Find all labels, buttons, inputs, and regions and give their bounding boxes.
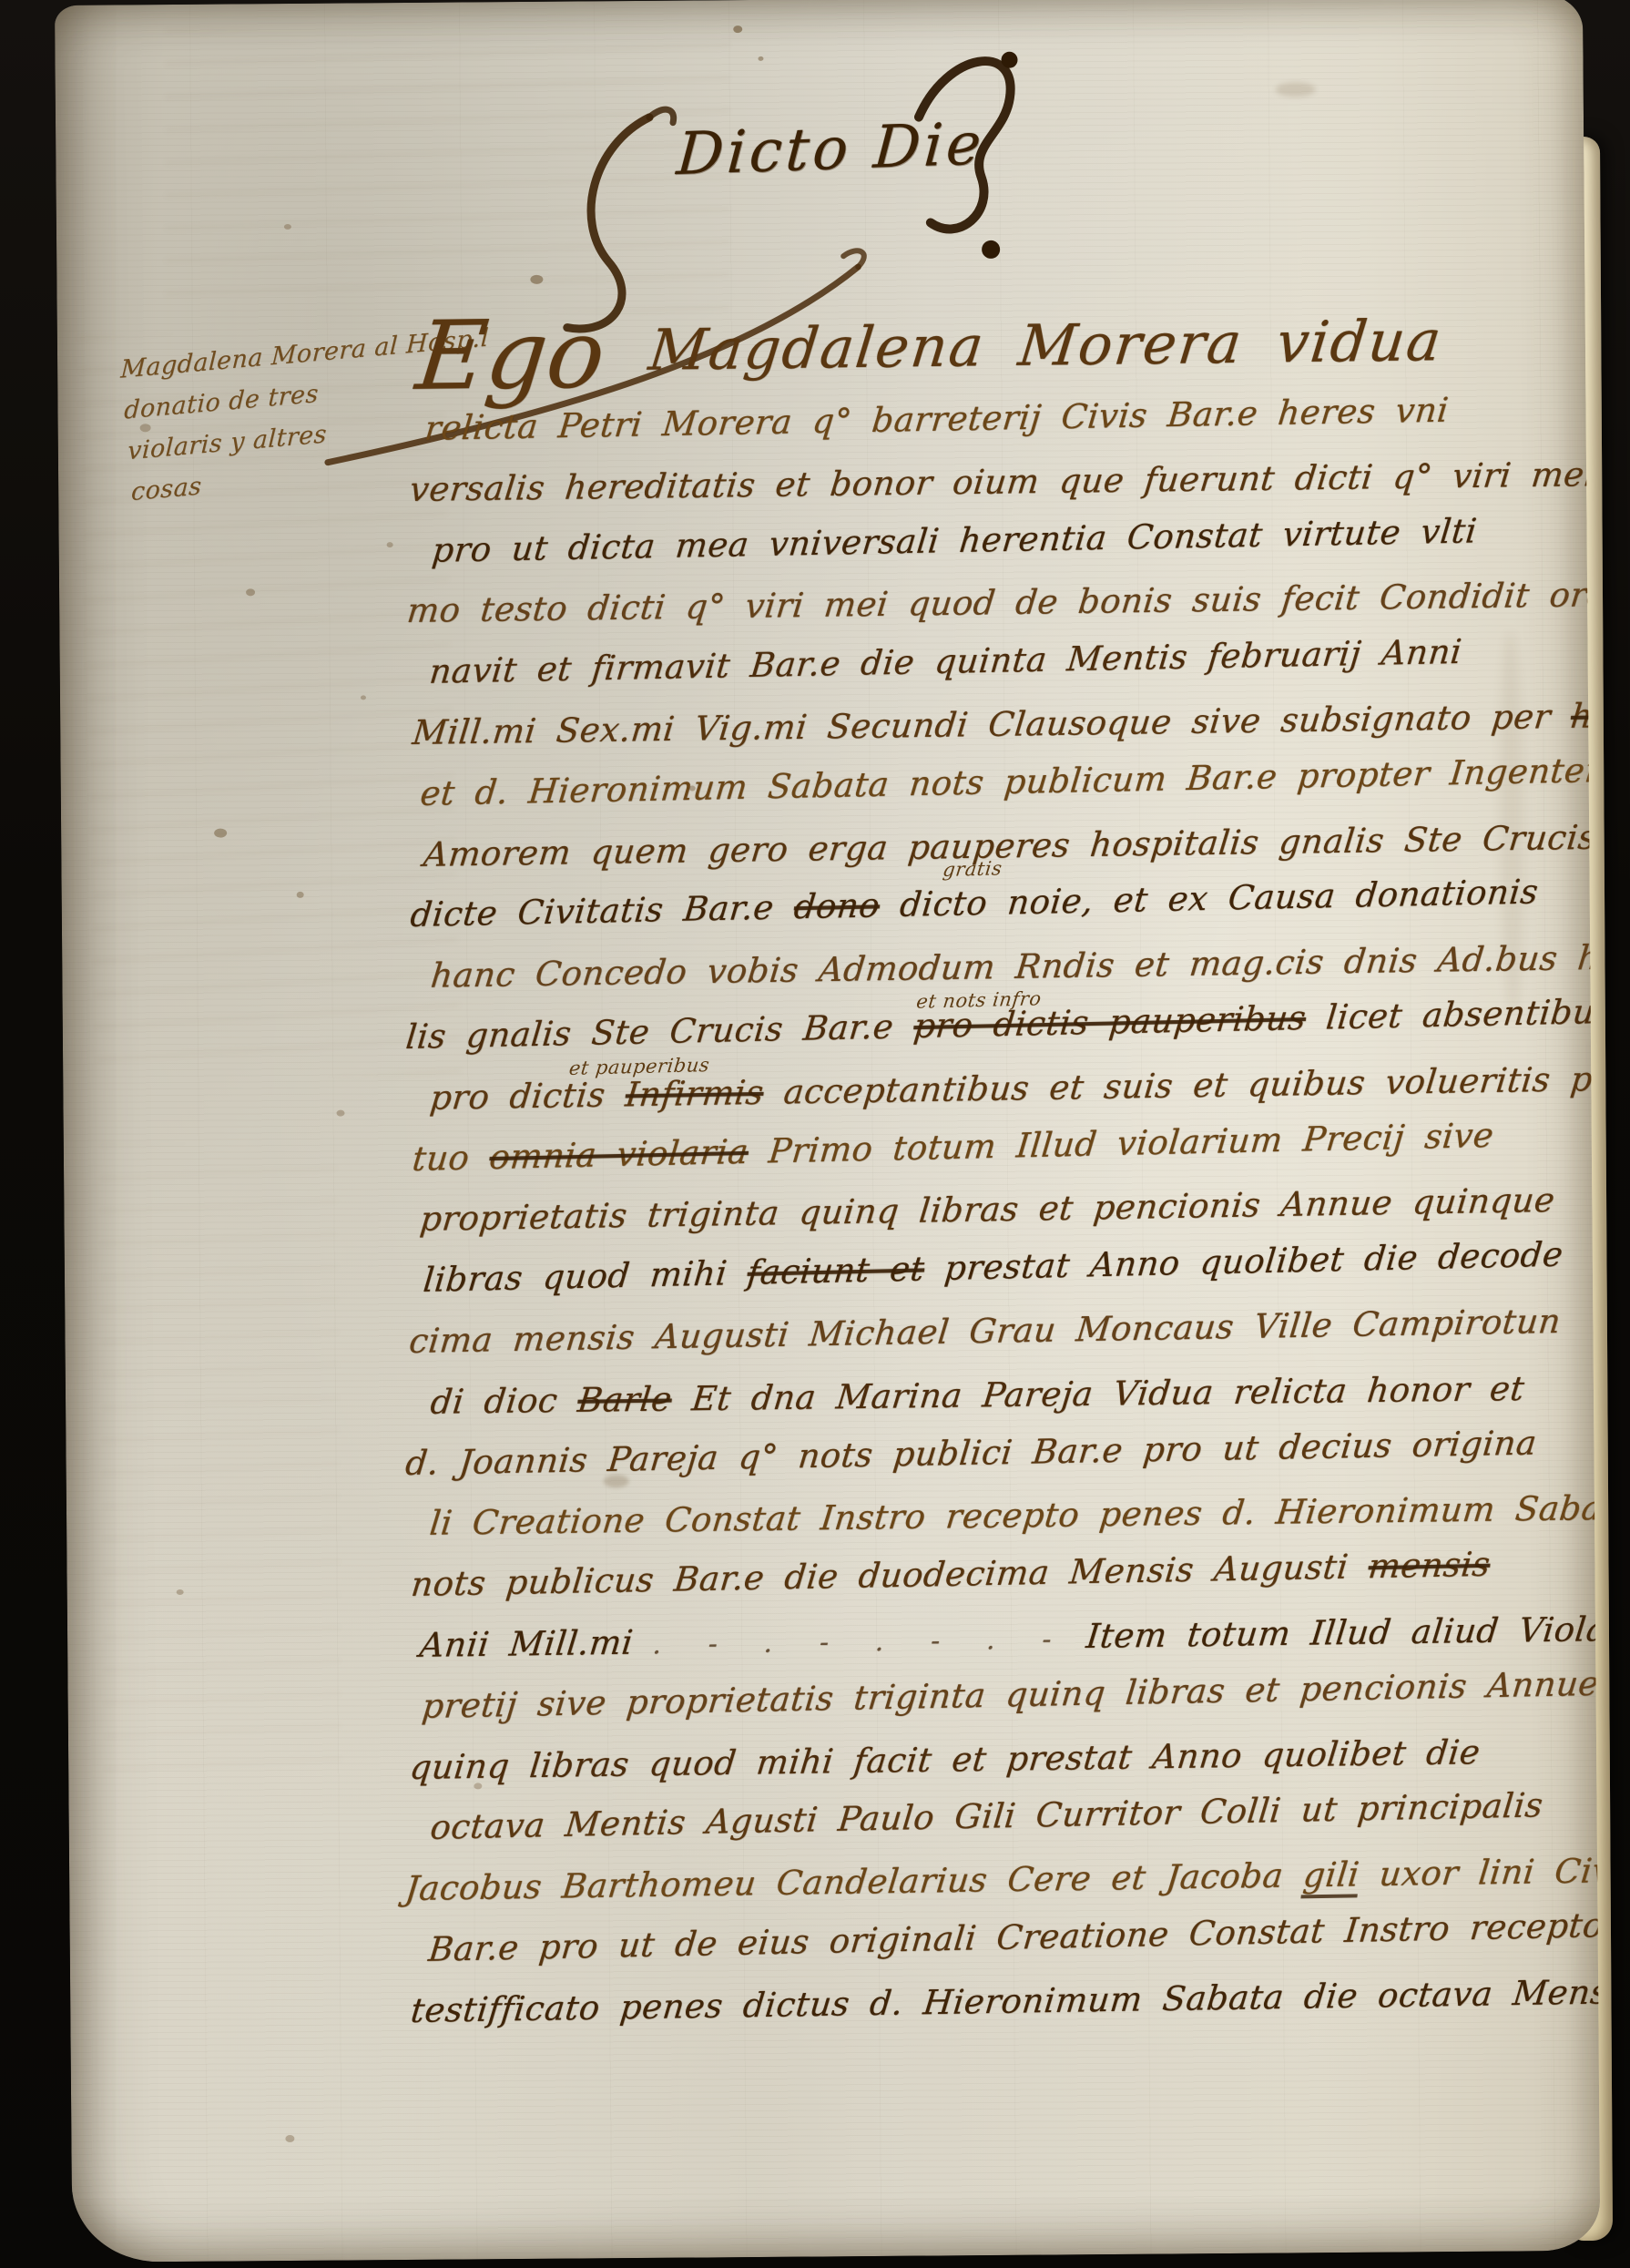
manuscript-line: Bar.e pro ut de eius originali Creatione… bbox=[428, 1905, 1600, 1969]
manuscript-line: dicte Civitatis Bar.e dono dicto noie, e… bbox=[410, 873, 1538, 935]
line-text: Amorem quem gero erga pauperes hospitali… bbox=[422, 817, 1598, 873]
deed-body: Ego Magdalena Morera viduarelicta Petri … bbox=[55, 0, 1600, 2263]
line-text: uxor lini Civis bbox=[1357, 1851, 1600, 1895]
line-text: di dioc bbox=[429, 1381, 580, 1422]
manuscript-line: cima mensis Augusti Michael Grau Moncaus… bbox=[409, 1302, 1561, 1361]
opening-initial: Ego bbox=[412, 298, 656, 412]
line-text: d. Joannis Pareja q° nots publici Bar.e … bbox=[403, 1423, 1539, 1483]
line-text: prestat Anno quolibet die decode bbox=[922, 1235, 1565, 1289]
line-text: pro ut dicta mea vniversali herentia Con… bbox=[430, 511, 1479, 569]
line-text: Jacobus Barthomeu Candelarius Cere et Ja… bbox=[403, 1855, 1306, 1908]
manuscript-line: d. Joannis Pareja q° nots publici Bar.e … bbox=[405, 1423, 1537, 1482]
manuscript-line: Amorem quem gero erga pauperes hospitali… bbox=[423, 817, 1596, 873]
manuscript-line: Anii Mill.mi . - . - . - . - Item totum … bbox=[420, 1609, 1601, 1665]
line-text: acceptantibus et suis et quibus voluerit… bbox=[761, 1058, 1600, 1112]
manuscript-line: Ego Magdalena Morera vidua bbox=[418, 307, 1443, 386]
line-text: cima mensis Augusti Michael Grau Moncaus… bbox=[407, 1302, 1563, 1361]
line-text: hanc Concedo vobis Admodum Rndis et mag.… bbox=[429, 936, 1600, 996]
manuscript-line: versalis hereditatis et bonor oium que f… bbox=[410, 455, 1595, 509]
line-text: navit et firmavit Bar.e die quinta Menti… bbox=[428, 632, 1464, 691]
manuscript-line: navit et firmavit Bar.e die quinta Menti… bbox=[429, 632, 1462, 691]
manuscript-line: tuo omnia violaria Primo totum Illud vio… bbox=[412, 1116, 1493, 1179]
line-text: dicte Civitatis Bar.e bbox=[409, 888, 797, 935]
struck-text: faciunt et bbox=[746, 1250, 927, 1292]
line-text: versalis hereditatis et bonor oium que f… bbox=[408, 455, 1598, 509]
line-text: nots publicus Bar.e die duodecima Mensis… bbox=[409, 1547, 1370, 1604]
line-text: Magdalena Morera vidua bbox=[646, 307, 1446, 383]
manuscript-line: libras quod mihi faciunt et prestat Anno… bbox=[423, 1235, 1564, 1300]
struck-text: mensis bbox=[1367, 1545, 1492, 1587]
line-text: proprietatis triginta quinq libras et pe… bbox=[418, 1180, 1557, 1239]
manuscript-line: pro ut dicta mea vniversali herentia Con… bbox=[432, 511, 1477, 569]
line-text: octava Mentis Agusti Paulo Gili Curritor… bbox=[429, 1786, 1545, 1848]
line-text: quinq libras quod mihi facit et prestat … bbox=[408, 1732, 1482, 1787]
manuscript-line: et d. Hieronimum Sabata nots publicum Ba… bbox=[420, 750, 1600, 812]
interlineation: gratis bbox=[942, 857, 1003, 881]
interlineation: et nots infro bbox=[915, 987, 1043, 1012]
line-text: pro dictis bbox=[428, 1075, 627, 1118]
line-text: Item totum Illud aliud Violarium bbox=[1065, 1609, 1601, 1656]
manuscript-photo: Dicto Die Magdalena Morera al Hosp.ldona… bbox=[0, 0, 1630, 2268]
line-text: testifficato penes dictus d. Hieronimum … bbox=[409, 1972, 1600, 2030]
struck-text: Barle bbox=[576, 1379, 674, 1419]
manuscript-line: proprietatis triginta quinq libras et pe… bbox=[420, 1180, 1555, 1239]
line-text: et d. Hieronimum Sabata nots publicum Ba… bbox=[419, 750, 1601, 812]
struck-text: omnia violaria bbox=[488, 1131, 751, 1176]
manuscript-line: octava Mentis Agusti Paulo Gili Curritor… bbox=[430, 1786, 1543, 1848]
manuscript-line: li Creatione Constat Instro recepto pene… bbox=[430, 1488, 1601, 1543]
line-text: gili bbox=[1301, 1855, 1361, 1899]
manuscript-line: Jacobus Barthomeu Candelarius Cere et Ja… bbox=[405, 1851, 1600, 1908]
line-text: tuo bbox=[411, 1138, 492, 1179]
line-text: dicto noie, et ex Causa donationis bbox=[878, 873, 1541, 925]
manuscript-line: quinq libras quod mihi facit et prestat … bbox=[410, 1732, 1481, 1787]
struck-text: Infirmis bbox=[624, 1073, 766, 1115]
line-text: Bar.e pro ut de eius originali Creatione… bbox=[427, 1905, 1601, 1969]
manuscript-page: Dicto Die Magdalena Morera al Hosp.ldona… bbox=[55, 0, 1600, 2263]
line-text: Mill.mi Sex.mi Vig.mi Secundi Clausoque … bbox=[411, 697, 1574, 752]
interlineation: et pauperibus bbox=[568, 1054, 711, 1079]
manuscript-line: pretij sive proprietatis triginta quinq … bbox=[422, 1664, 1599, 1726]
line-text: pretij sive proprietatis triginta quinq … bbox=[420, 1664, 1600, 1726]
line-text: Et dna Marina Pareja Vidua relicta honor… bbox=[669, 1369, 1526, 1419]
manuscript-line: nots publicus Bar.e die duodecima Mensis… bbox=[411, 1545, 1491, 1604]
line-text: Anii Mill.mi bbox=[418, 1622, 656, 1665]
line-text: Primo totum Illud violarium Precij sive bbox=[747, 1115, 1496, 1170]
manuscript-line: mo testo dicti q° viri mei quod de bonis… bbox=[407, 575, 1600, 630]
line-text: licet absentibus et bbox=[1304, 990, 1600, 1037]
line-text: lis gnalis Ste Crucis Bar.e bbox=[404, 1006, 916, 1057]
manuscript-line: di dioc Barle Et dna Marina Pareja Vidua… bbox=[431, 1369, 1525, 1422]
manuscript-line: testifficato penes dictus d. Hieronimum … bbox=[411, 1972, 1600, 2030]
line-text: . - . - . - . - bbox=[651, 1623, 1067, 1660]
line-text: mo testo dicti q° viri mei quod de bonis… bbox=[405, 575, 1601, 630]
manuscript-line: hanc Concedo vobis Admodum Rndis et mag.… bbox=[431, 936, 1600, 996]
manuscript-line: Mill.mi Sex.mi Vig.mi Secundi Clausoque … bbox=[413, 695, 1600, 752]
struck-text: dono bbox=[792, 886, 881, 927]
line-text: libras quod mihi bbox=[422, 1253, 749, 1300]
line-text: li Creatione Constat Instro recepto pene… bbox=[428, 1488, 1601, 1543]
